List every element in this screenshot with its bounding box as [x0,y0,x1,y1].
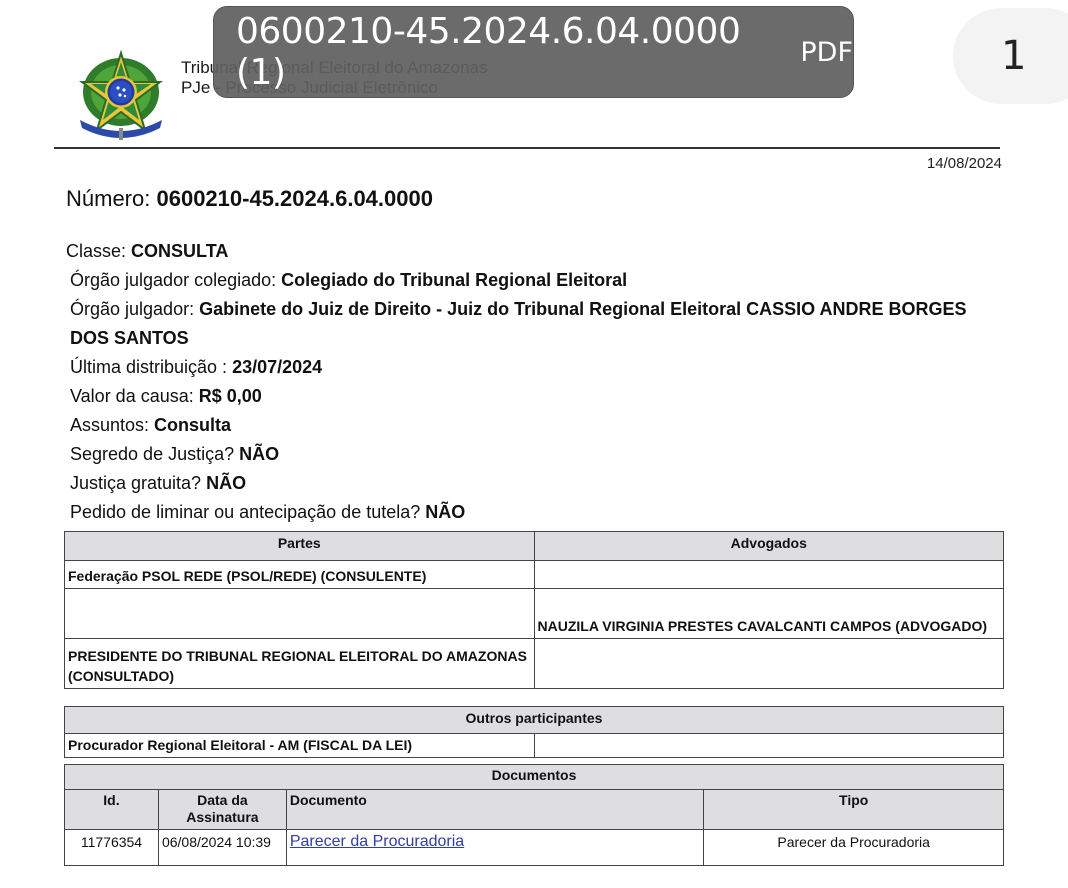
brazil-coat-of-arms-icon [76,50,166,142]
table-row: Procurador Regional Eleitoral - AM (FISC… [65,734,1004,758]
pdf-file-name: 0600210-45.2024.6.04.0000 (1) [236,11,788,93]
table-row: Federação PSOL REDE (PSOL/REDE) (CONSULE… [65,561,1004,589]
outros-participantes-table: Outros participantes Procurador Regional… [64,706,1004,758]
parte-cell: Federação PSOL REDE (PSOL/REDE) (CONSULE… [65,561,535,589]
field-assuntos: Assuntos: Consulta [66,411,1006,440]
process-fields: Classe: CONSULTA Órgão julgador colegiad… [66,237,1006,527]
pdf-file-type: PDF [800,37,853,68]
field-orgao-colegiado: Órgão julgador colegiado: Colegiado do T… [66,266,1006,295]
col-documento: Documento [286,790,703,830]
doc-documento-cell: Parecer da Procuradoria [286,830,703,866]
doc-data-assinatura: 06/08/2024 10:39 [158,830,286,866]
partes-header: Partes [65,532,535,561]
advogado-cell: NAUZILA VIRGINIA PRESTES CAVALCANTI CAMP… [534,589,1004,639]
advogado-cell [534,639,1004,689]
table-row: PRESIDENTE DO TRIBUNAL REGIONAL ELEITORA… [65,639,1004,689]
advogado-cell [534,561,1004,589]
advogados-header: Advogados [534,532,1004,561]
col-tipo: Tipo [704,790,1004,830]
doc-tipo: Parecer da Procuradoria [704,830,1004,866]
participante-extra-cell [534,734,1003,758]
table-row: 11776354 06/08/2024 10:39 Parecer da Pro… [65,830,1004,866]
field-classe: Classe: CONSULTA [66,237,1006,266]
field-justica-gratuita: Justiça gratuita? NÃO [66,469,1006,498]
field-segredo-justica: Segredo de Justiça? NÃO [66,440,1006,469]
header-divider [54,147,1000,149]
print-date: 14/08/2024 [927,155,1002,172]
field-pedido-liminar: Pedido de liminar ou antecipação de tute… [66,498,1006,527]
process-number: Número: 0600210-45.2024.6.04.0000 [66,186,433,212]
pdf-file-title-overlay: 0600210-45.2024.6.04.0000 (1) PDF [213,6,854,98]
field-orgao-julgador: Órgão julgador: Gabinete do Juiz de Dire… [66,295,975,353]
current-page-number: 1 [1001,33,1026,79]
outros-participantes-header: Outros participantes [65,707,1004,734]
participante-cell: Procurador Regional Eleitoral - AM (FISC… [65,734,535,758]
process-number-value: 0600210-45.2024.6.04.0000 [156,186,432,211]
table-row: NAUZILA VIRGINIA PRESTES CAVALCANTI CAMP… [65,589,1004,639]
field-ultima-distribuicao: Última distribuição : 23/07/2024 [66,353,1006,382]
partes-table: Partes Advogados Federação PSOL REDE (PS… [64,531,1004,689]
parte-cell: PRESIDENTE DO TRIBUNAL REGIONAL ELEITORA… [65,639,535,689]
parte-cell [65,589,535,639]
doc-link-parecer[interactable]: Parecer da Procuradoria [290,833,464,850]
page-number-indicator[interactable]: 1 [953,8,1068,104]
col-id: Id. [65,790,159,830]
doc-id: 11776354 [65,830,159,866]
documentos-table: Documentos Id. Data da Assinatura Docume… [64,764,1004,866]
col-data-assinatura: Data da Assinatura [158,790,286,830]
documentos-header: Documentos [65,765,1004,790]
process-number-label: Número: [66,186,156,211]
field-valor-causa: Valor da causa: R$ 0,00 [66,382,1006,411]
